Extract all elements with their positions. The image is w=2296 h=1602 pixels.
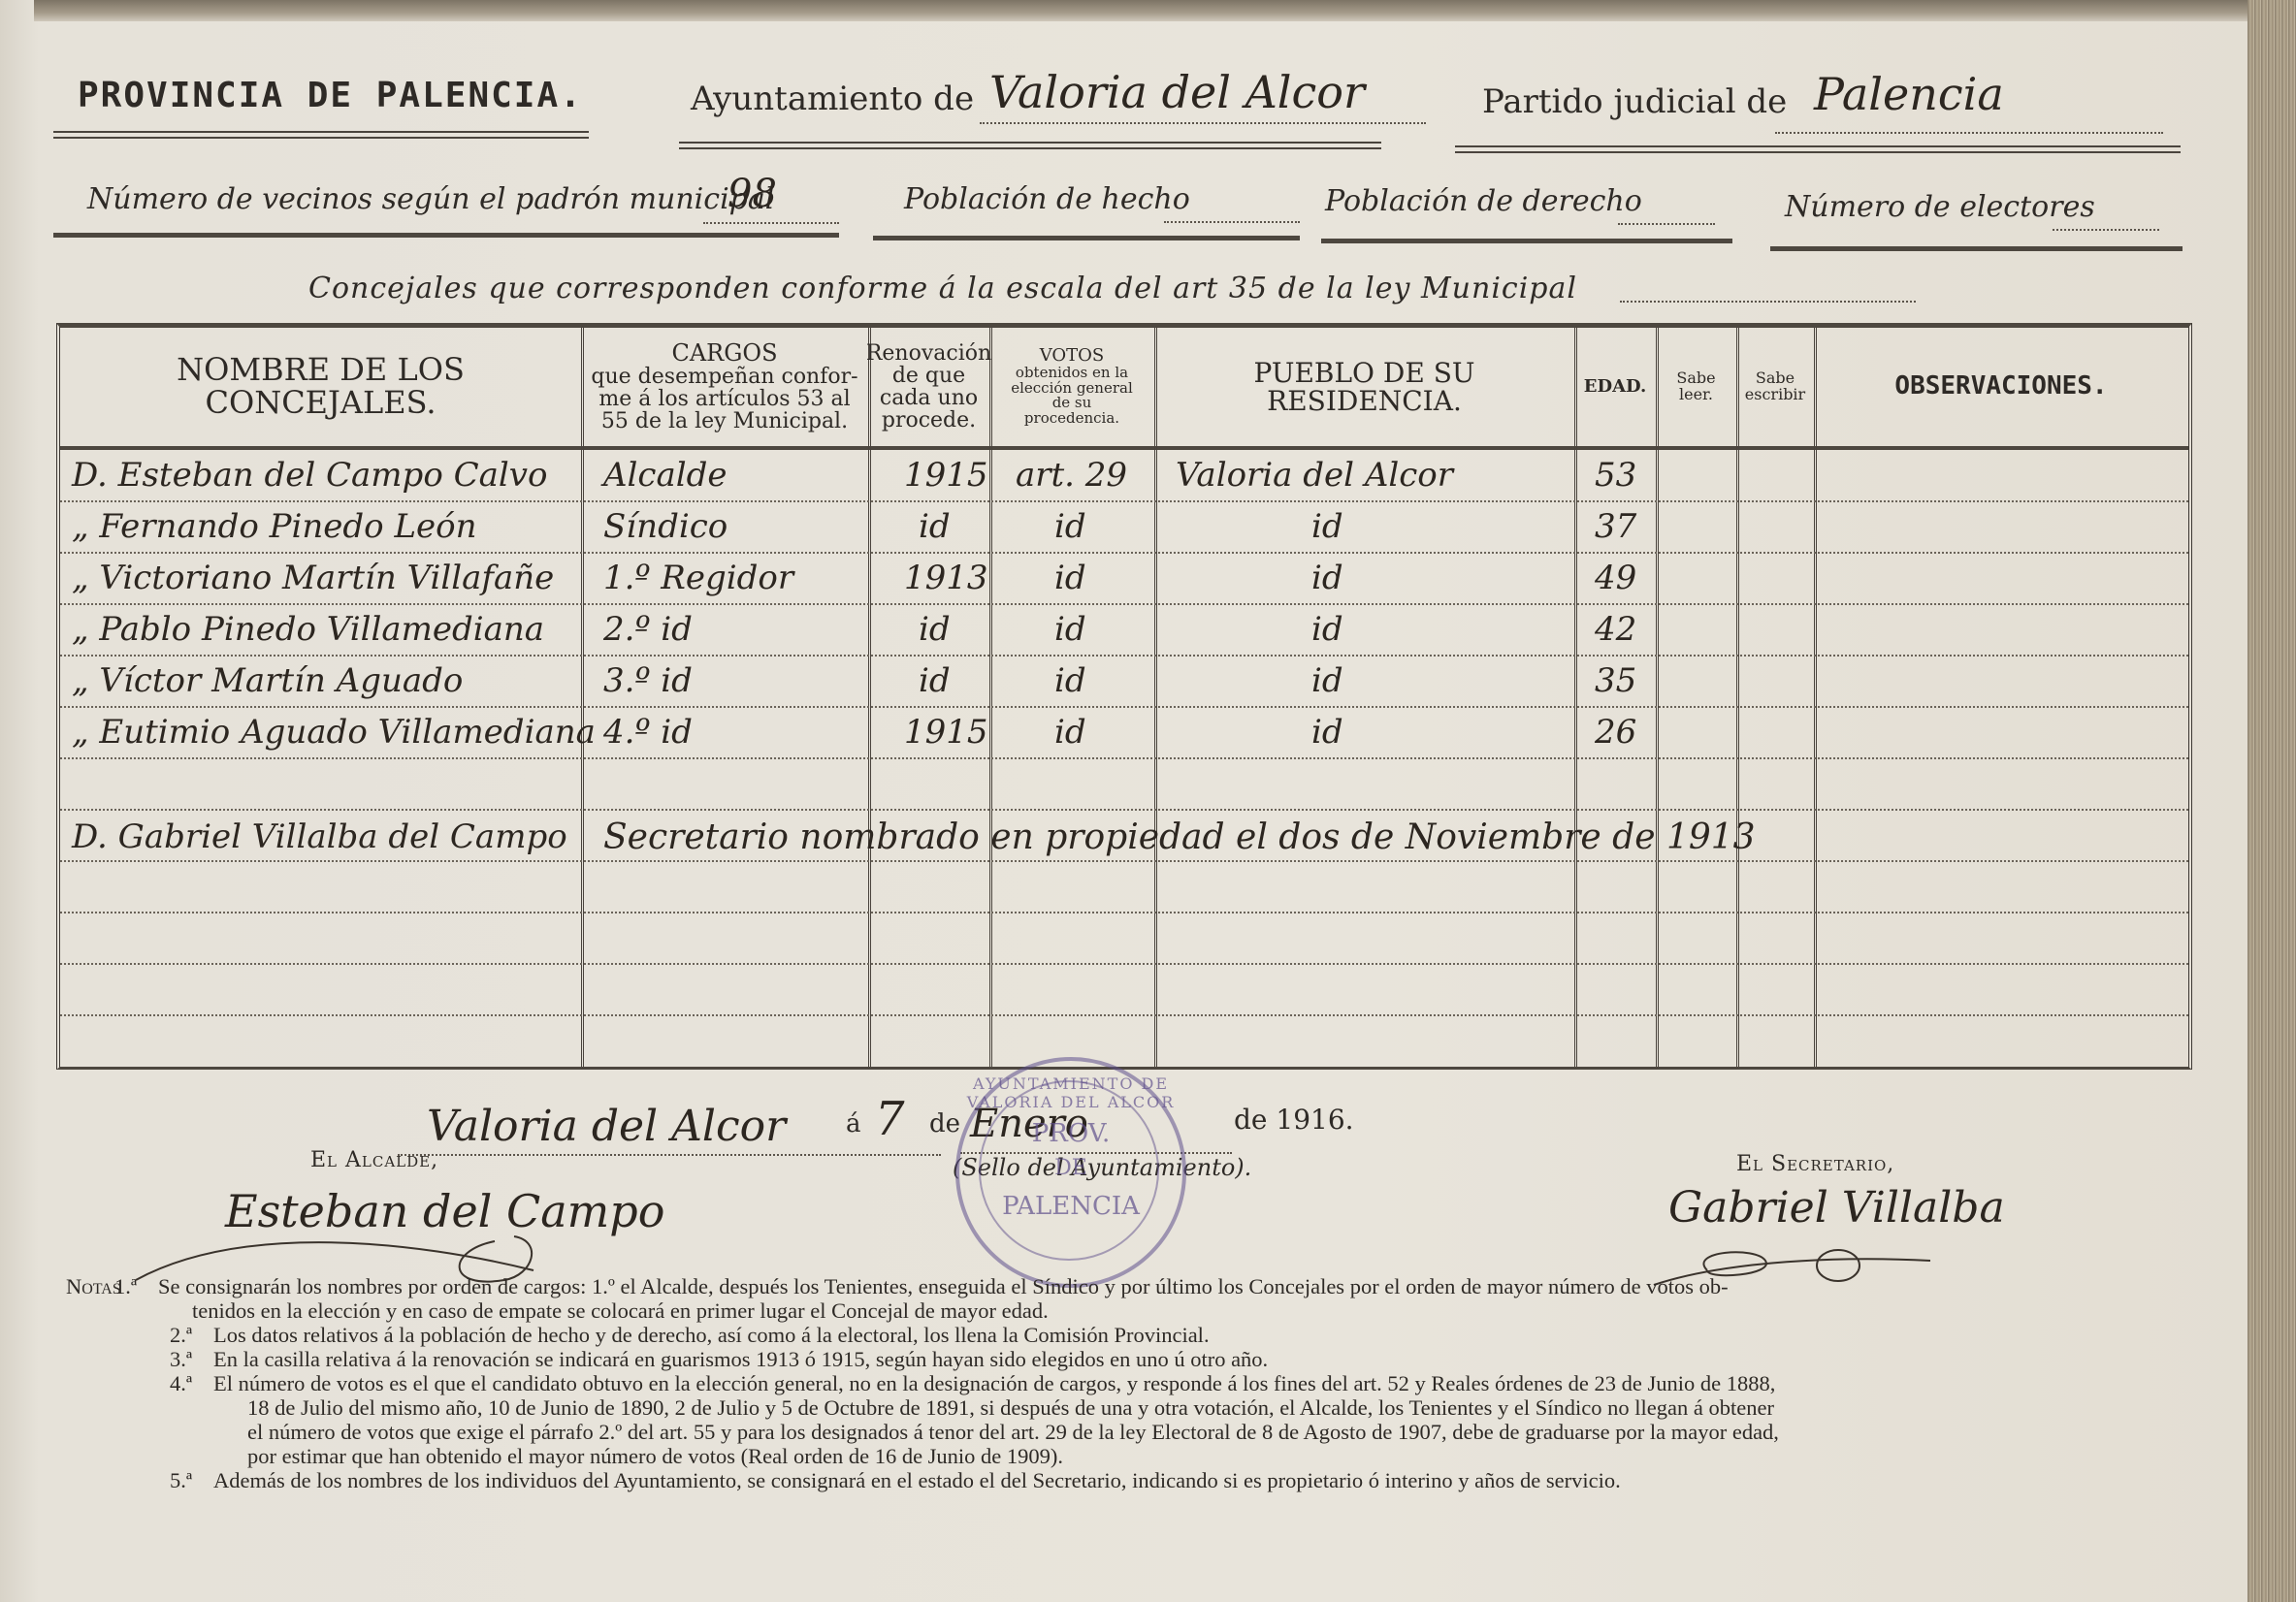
- note-line: Además de los nombres de los individuos …: [213, 1468, 1621, 1492]
- col-header-text: NOMBRE DE LOS CONCEJALES.: [60, 354, 581, 419]
- ayuntamiento-label: Ayuntamiento de: [691, 80, 974, 118]
- cell-votos: id: [1054, 507, 1086, 546]
- date-de: de: [929, 1109, 960, 1138]
- place-value: Valoria del Alcor: [427, 1102, 786, 1151]
- row-rule: [60, 757, 2188, 759]
- cell-votos: art. 29: [1016, 456, 1127, 495]
- col-header-text: Renovación: [866, 342, 991, 365]
- date-year: de 1916.: [1234, 1104, 1354, 1136]
- cell-edad: 26: [1595, 713, 1636, 752]
- partido-label: Partido judicial de: [1482, 82, 1787, 121]
- col-header-nombre: NOMBRE DE LOS CONCEJALES.: [60, 328, 581, 446]
- table-header-rule: [60, 446, 2188, 450]
- col-header-text: cada uno: [880, 387, 978, 409]
- derecho-field: [1618, 192, 1715, 225]
- page-top-shadow: [34, 0, 2265, 21]
- note-number: 4.ª: [170, 1371, 192, 1395]
- note-number: 1.ª: [114, 1274, 137, 1298]
- vecinos-field: 98: [703, 187, 839, 224]
- hecho-field: [1164, 190, 1300, 223]
- row-rule: [60, 912, 2188, 913]
- note-line: Los datos relativos á la población de he…: [213, 1323, 1210, 1347]
- cell-votos: id: [1054, 610, 1086, 649]
- note-line: En la casilla relativa á la renovación s…: [213, 1347, 1268, 1371]
- document-page: PROVINCIA DE PALENCIA. Ayuntamiento de V…: [0, 0, 2260, 1602]
- derecho-label: Población de derecho: [1325, 184, 1642, 218]
- secretary-name: D. Gabriel Villalba del Campo: [72, 817, 567, 856]
- header-rule-3: [1455, 145, 2181, 153]
- cell-cargo: 1.º Regidor: [603, 559, 793, 597]
- date-day: 7: [875, 1092, 905, 1146]
- provincia-title: PROVINCIA DE PALENCIA.: [78, 76, 583, 115]
- cell-renovacion: id: [919, 507, 951, 546]
- cell-pueblo: id: [1311, 507, 1343, 546]
- row-rule: [60, 500, 2188, 502]
- date-a: á: [846, 1109, 861, 1138]
- cell-cargo: 4.º id: [603, 713, 693, 752]
- partido-field: Palencia: [1775, 89, 2163, 134]
- cell-pueblo: id: [1311, 713, 1343, 752]
- note-line: tenidos en la elección y en caso de empa…: [192, 1298, 1049, 1323]
- stamp-ring-text: AYUNTAMIENTO DE VALORIA DEL ALCOR: [959, 1074, 1182, 1111]
- municipal-stamp: AYUNTAMIENTO DE VALORIA DEL ALCOR PROV. …: [955, 1057, 1186, 1288]
- stamp-center-3: PALENCIA: [959, 1192, 1182, 1221]
- cell-edad: 35: [1595, 661, 1636, 700]
- cell-renovacion: 1913: [904, 559, 988, 597]
- cell-nombre: „ Pablo Pinedo Villamediana: [72, 610, 544, 649]
- col-header-text: que desempeñan confor-: [591, 366, 857, 388]
- concejales-field: [1620, 287, 1916, 303]
- cell-renovacion: 1915: [904, 713, 988, 752]
- stats-rule-4: [1770, 246, 2183, 251]
- vecinos-label: Número de vecinos según el padrón munici…: [87, 182, 774, 216]
- secretario-signature: Gabriel Villalba: [1668, 1183, 2005, 1233]
- secretario-label: El Secretario,: [1736, 1152, 1894, 1176]
- note-number: 3.ª: [170, 1347, 192, 1371]
- note-line: 18 de Julio del mismo año, 10 de Junio d…: [247, 1395, 1774, 1420]
- col-header-text: OBSERVACIONES.: [1894, 373, 2107, 400]
- note-line: El número de votos es el que el candidat…: [213, 1371, 1775, 1395]
- electores-field: [2053, 200, 2159, 231]
- col-header-text: de que: [892, 365, 965, 387]
- header-rule-2: [679, 142, 1381, 149]
- book-edge: [2247, 0, 2296, 1602]
- cell-edad: 37: [1595, 507, 1636, 546]
- cell-renovacion: id: [919, 661, 951, 700]
- row-rule: [60, 655, 2188, 657]
- col-header-text: procedencia.: [1024, 411, 1119, 427]
- ayuntamiento-field: Valoria del Alcor: [980, 80, 1426, 124]
- col-header-text: CARGOS: [671, 341, 777, 366]
- row-rule: [60, 1014, 2188, 1016]
- cell-edad: 42: [1595, 610, 1636, 649]
- cell-cargo: Síndico: [603, 507, 728, 546]
- ayuntamiento-value: Valoria del Alcor: [989, 66, 1365, 118]
- note-line: Se consignarán los nombres por orden de …: [158, 1274, 1729, 1298]
- col-header-renovacion: Renovación de que cada uno procede.: [868, 328, 989, 446]
- header-rule-1: [53, 131, 589, 139]
- row-rule: [60, 809, 2188, 811]
- col-header-text: me á los artículos 53 al: [598, 388, 850, 410]
- col-header-text: leer.: [1679, 387, 1713, 403]
- col-header-text: procede.: [882, 409, 976, 432]
- notes-label: Notas: [66, 1274, 121, 1298]
- note-number: 5.ª: [170, 1468, 192, 1492]
- cell-nombre: „ Víctor Martín Aguado: [72, 661, 463, 700]
- cell-votos: id: [1054, 713, 1086, 752]
- row-rule: [60, 963, 2188, 965]
- stamp-center-1: PROV.: [959, 1119, 1182, 1148]
- col-header-votos: VOTOS obtenidos en la elección general d…: [989, 328, 1154, 446]
- cell-nombre: „ Fernando Pinedo León: [72, 507, 477, 546]
- note-number: 2.ª: [170, 1323, 192, 1347]
- concejales-label: Concejales que corresponden conforme á l…: [308, 272, 1577, 305]
- col-header-text: 55 de la ley Municipal.: [601, 410, 848, 433]
- row-rule: [60, 603, 2188, 605]
- cell-pueblo: Valoria del Alcor: [1176, 456, 1453, 495]
- cell-votos: id: [1054, 559, 1086, 597]
- electores-label: Número de electores: [1785, 190, 2095, 224]
- col-header-observaciones: OBSERVACIONES.: [1814, 328, 2188, 446]
- cell-cargo: 2.º id: [603, 610, 693, 649]
- row-rule: [60, 706, 2188, 708]
- hecho-label: Población de hecho: [904, 182, 1190, 216]
- cell-nombre: „ Victoriano Martín Villafañe: [72, 559, 554, 597]
- col-header-edad: EDAD.: [1574, 328, 1656, 446]
- col-header-escribir: Sabe escribir: [1736, 328, 1814, 446]
- alcalde-label: El Alcalde,: [310, 1148, 438, 1172]
- vecinos-value: 98: [728, 172, 777, 216]
- cell-cargo: 3.º id: [603, 661, 693, 700]
- stats-rule-1: [53, 233, 839, 238]
- secretary-note: Secretario nombrado en propiedad el dos …: [603, 817, 1756, 857]
- note-line: el número de votos que exige el párrafo …: [247, 1420, 1779, 1444]
- col-header-cargos: CARGOS que desempeñan confor- me á los a…: [581, 328, 868, 446]
- cell-edad: 53: [1595, 456, 1636, 495]
- cell-nombre: „ Eutimio Aguado Villamediana: [72, 713, 596, 752]
- concejales-table: NOMBRE DE LOS CONCEJALES. CARGOS que des…: [56, 323, 2192, 1070]
- cell-pueblo: id: [1311, 559, 1343, 597]
- col-header-text: escribir: [1745, 387, 1805, 403]
- stats-rule-3: [1321, 239, 1732, 243]
- cell-cargo: Alcalde: [603, 456, 728, 495]
- cell-renovacion: id: [919, 610, 951, 649]
- cell-nombre: D. Esteban del Campo Calvo: [72, 456, 547, 495]
- col-header-leer: Sabe leer.: [1656, 328, 1736, 446]
- cell-renovacion: 1915: [904, 456, 988, 495]
- note-line: por estimar que han obtenido el mayor nú…: [247, 1444, 1063, 1468]
- cell-edad: 49: [1595, 559, 1636, 597]
- stamp-center-2: DE: [959, 1156, 1182, 1180]
- cell-pueblo: id: [1311, 610, 1343, 649]
- cell-pueblo: id: [1311, 661, 1343, 700]
- col-header-pueblo: PUEBLO DE SU RESIDENCIA.: [1154, 328, 1574, 446]
- col-header-text: PUEBLO DE SU RESIDENCIA.: [1154, 359, 1574, 416]
- partido-value: Palencia: [1814, 68, 2004, 120]
- cell-votos: id: [1054, 661, 1086, 700]
- row-rule: [60, 860, 2188, 862]
- col-header-text: EDAD.: [1584, 378, 1647, 397]
- stats-rule-2: [873, 236, 1300, 240]
- row-rule: [60, 552, 2188, 554]
